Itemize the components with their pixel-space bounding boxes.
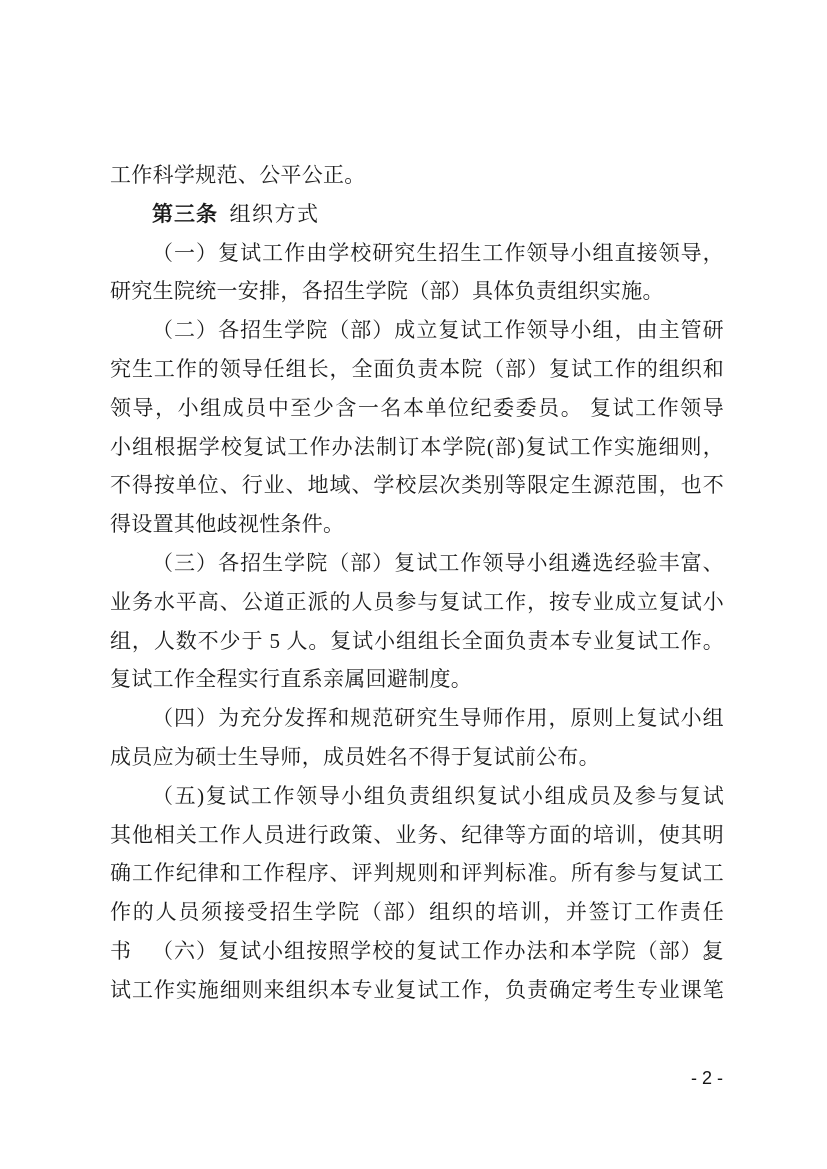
- doc-line: （三）各招生学院（部）复试工作领导小组遴选经验丰富、: [110, 544, 724, 583]
- article-heading-number: 第三条: [152, 203, 218, 226]
- doc-line: 业务水平高、公道正派的人员参与复试工作，按专业成立复试小: [110, 583, 724, 622]
- doc-line: 工作科学规范、公平公正。: [110, 156, 724, 195]
- doc-line: 其他相关工作人员进行政策、业务、纪律等方面的培训，使其明: [110, 816, 724, 855]
- doc-line: （二）各招生学院（部）成立复试工作领导小组，由主管研: [110, 311, 724, 350]
- doc-line: 领导，小组成员中至少含一名本单位纪委委员。 复试工作领导: [110, 389, 724, 428]
- document-page: 工作科学规范、公平公正。 第三条组织方式 （一）复试工作由学校研究生招生工作领导…: [0, 0, 827, 1169]
- doc-line: 不得按单位、行业、地域、学校层次类别等限定生源范围，也不: [110, 466, 724, 505]
- page-number: - 2 -: [691, 1066, 723, 1090]
- doc-line: （五)复试工作领导小组负责组织复试小组成员及参与复试: [110, 777, 724, 816]
- doc-line: 得设置其他歧视性条件。: [110, 505, 724, 544]
- doc-line: 试工作实施细则来组织本专业复试工作，负责确定考生专业课笔: [110, 971, 724, 1010]
- doc-line: （四）为充分发挥和规范研究生导师作用，原则上复试小组: [110, 699, 724, 738]
- doc-line: 成员应为硕士生导师，成员姓名不得于复试前公布。: [110, 738, 724, 777]
- doc-line: 研究生院统一安排，各招生学院（部）具体负责组织实施。: [110, 272, 724, 311]
- doc-line: 作的人员须接受招生学院（部）组织的培训，并签订工作责任书。: [110, 893, 724, 932]
- doc-line: 确工作纪律和工作程序、评判规则和评判标准。所有参与复试工: [110, 854, 724, 893]
- doc-line: 小组根据学校复试工作办法制订本学院(部)复试工作实施细则，: [110, 428, 724, 467]
- doc-line: （六）复试小组按照学校的复试工作办法和本学院（部）复: [110, 932, 724, 971]
- doc-line: （一）复试工作由学校研究生招生工作领导小组直接领导，: [110, 234, 724, 273]
- doc-line: 复试工作全程实行直系亲属回避制度。: [110, 660, 724, 699]
- doc-line: 组，人数不少于 5 人。复试小组组长全面负责本专业复试工作。: [110, 622, 724, 661]
- article-heading-title: 组织方式: [230, 202, 320, 226]
- article-heading: 第三条组织方式: [110, 195, 724, 234]
- document-body: 工作科学规范、公平公正。 第三条组织方式 （一）复试工作由学校研究生招生工作领导…: [110, 156, 724, 1010]
- doc-line: 究生工作的领导任组长，全面负责本院（部）复试工作的组织和: [110, 350, 724, 389]
